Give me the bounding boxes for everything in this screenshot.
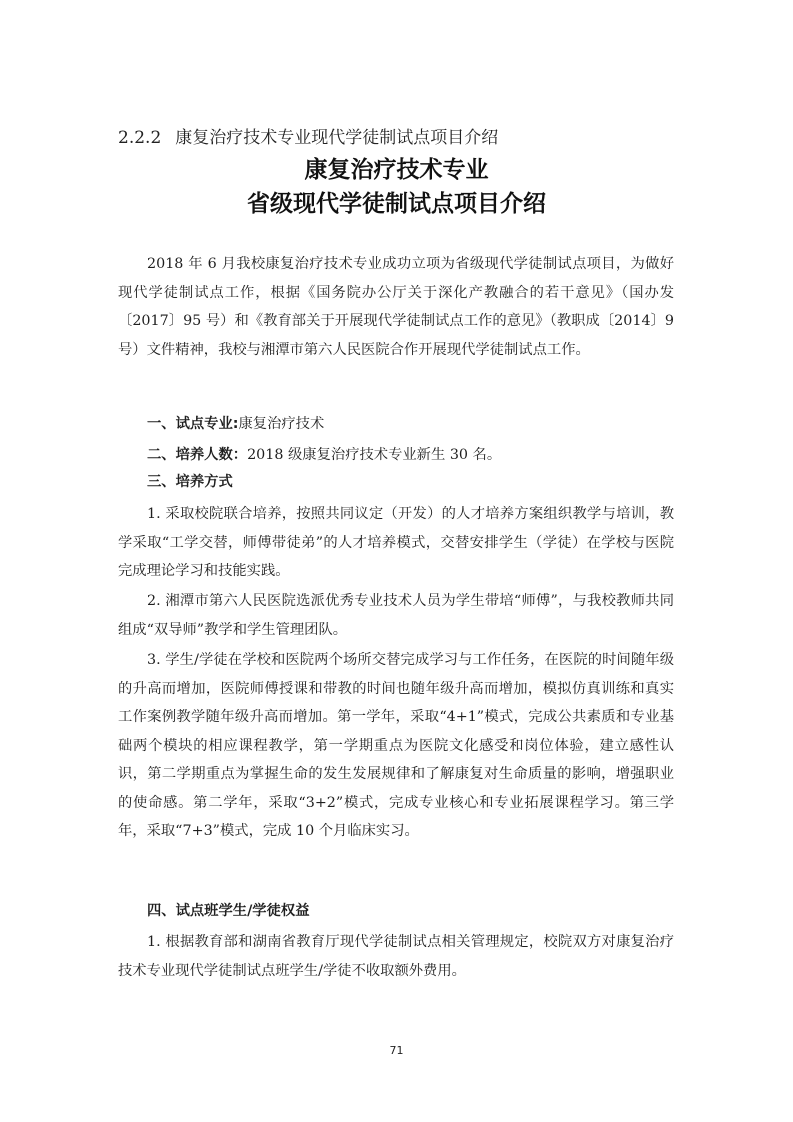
section-enrollment: 二、培养人数：2018 级康复治疗技术专业新生 30 名。 <box>147 443 501 467</box>
training-item-3-block: 3. 学生/学徒在学校和医院两个场所交替完成学习与工作任务，在医院的时间随年级的… <box>118 646 674 846</box>
section-label: 三、培养方式 <box>147 474 233 490</box>
section-value: 康复治疗技术 <box>239 416 325 432</box>
section-label: 四、试点班学生/学徒权益 <box>147 903 310 919</box>
document-title-line-2: 省级现代学徒制试点项目介绍 <box>0 189 793 219</box>
rights-item: 1. 根据教育部和湖南省教育厅现代学徒制试点相关管理规定，校院双方对康复治疗技术… <box>118 928 674 985</box>
document-title-line-1: 康复治疗技术专业 <box>0 155 793 185</box>
intro-paragraph-block: 2018 年 6 月我校康复治疗技术专业成功立项为省级现代学徒制试点项目，为做好… <box>118 250 674 364</box>
document-page: 2.2.2康复治疗技术专业现代学徒制试点项目介绍 康复治疗技术专业 省级现代学徒… <box>0 0 793 1122</box>
intro-paragraph: 2018 年 6 月我校康复治疗技术专业成功立项为省级现代学徒制试点项目，为做好… <box>118 250 674 364</box>
section-student-rights: 四、试点班学生/学徒权益 <box>147 899 310 923</box>
section-title: 康复治疗技术专业现代学徒制试点项目介绍 <box>175 128 498 148</box>
section-number: 2.2.2 <box>118 128 161 148</box>
section-training-mode: 三、培养方式 <box>147 470 233 494</box>
section-label: 二、培养人数： <box>147 447 247 463</box>
section-pilot-major: 一、试点专业:康复治疗技术 <box>147 412 324 436</box>
training-item-1-block: 1. 采取校院联合培养，按照共同议定（开发）的人才培养方案组织教学与培训，教学采… <box>118 500 674 586</box>
rights-item-1-block: 1. 根据教育部和湖南省教育厅现代学徒制试点相关管理规定，校院双方对康复治疗技术… <box>118 928 674 985</box>
section-label: 一、试点专业: <box>147 416 239 432</box>
training-item: 3. 学生/学徒在学校和医院两个场所交替完成学习与工作任务，在医院的时间随年级的… <box>118 646 674 846</box>
section-heading: 2.2.2康复治疗技术专业现代学徒制试点项目介绍 <box>118 126 498 150</box>
training-item: 1. 采取校院联合培养，按照共同议定（开发）的人才培养方案组织教学与培训，教学采… <box>118 500 674 586</box>
page-number: 71 <box>0 1044 793 1057</box>
training-item: 2. 湘潭市第六人民医院选派优秀专业技术人员为学生带培“师傅”，与我校教师共同组… <box>118 587 674 644</box>
training-item-2-block: 2. 湘潭市第六人民医院选派优秀专业技术人员为学生带培“师傅”，与我校教师共同组… <box>118 587 674 644</box>
section-value: 2018 级康复治疗技术专业新生 30 名。 <box>247 447 501 463</box>
